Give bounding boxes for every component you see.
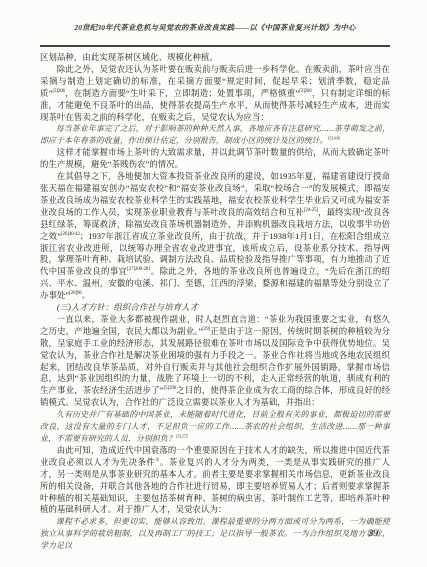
page-number: 39 bbox=[369, 529, 379, 539]
paragraph: 由此可知，造成近代中国衰落的一个重要原因在于技术人才的缺失，所以推进中国近代茶业… bbox=[40, 445, 390, 516]
block-quote: 久有历史并广有基础的中国茶业，未能随着时代进化，目前全般有关的事业，都极迫切的需… bbox=[40, 409, 390, 445]
running-head: 20世纪30年代茶业危机与吴觉农的茶业改良实践——以《中国茶业复兴计划》为中心 bbox=[40, 23, 390, 32]
citation-superscript: [2]206 bbox=[53, 89, 66, 94]
text-run: (三)人才方针：组织合作社与培育人才 bbox=[57, 303, 198, 312]
document-page: 20世纪30年代茶业危机与吴觉农的茶业改良实践——以《中国茶业复兴计划》为中心 … bbox=[0, 0, 427, 567]
text-run: 课程不必求多，但要切实，能够从容致用，课程最重要的分两方面或可分为两系，一为确能… bbox=[40, 517, 390, 550]
text-run: ，在制造方面要“生叶采下，立即制造；处置事项，严格慎重” bbox=[65, 89, 299, 98]
citation-superscript: [5]296 bbox=[164, 387, 177, 392]
citation-superscript: [26]40-42 bbox=[61, 232, 80, 237]
block-quote: 课程不必求多，但要切实，能够从容致用，课程最重要的分两方面或可分为两系，一为确能… bbox=[40, 516, 390, 552]
citation-superscript: [2]206 bbox=[299, 89, 312, 94]
citation-superscript: [24-25] bbox=[304, 208, 318, 213]
text-run: 区划品种，由此实现茶树区域化、规模化种植。 bbox=[40, 53, 218, 62]
citation-superscript: [5]306 bbox=[328, 136, 340, 141]
paragraph: 区划品种，由此实现茶树区域化、规模化种植。 bbox=[40, 52, 390, 64]
citation-superscript: [28]96 bbox=[69, 291, 82, 296]
paragraph: 一直以来，茶业大多都被视作副业，时人赵烈直言道：“茶业为我国重要之实业，有悠久之… bbox=[40, 314, 390, 409]
text-run: 久有历史并广有基础的中国茶业，未能随着时代进化，目前全般有关的事业，都极迫切的需… bbox=[40, 410, 390, 443]
text-run: 。 bbox=[82, 291, 90, 300]
citation-superscript: [5]275 bbox=[176, 433, 188, 438]
citation-superscript: [27]200-201 bbox=[127, 268, 150, 273]
citation-superscript: [29] bbox=[202, 327, 210, 332]
body-text: 区划品种，由此实现茶树区域化、规模化种植。除此之外，吴觉农还认为茶叶要在贩卖前与… bbox=[40, 52, 390, 552]
paragraph: 这样才能掌握市场上茶叶的大致需求量，并以此调节茶叶数量的供给，从而大致确定茶叶的… bbox=[40, 147, 390, 171]
text-run: 这样才能掌握市场上茶叶的大致需求量，并以此调节茶叶数量的供给，从而大致确定茶叶的… bbox=[40, 148, 390, 169]
section-heading: (三)人才方针：组织合作社与培育人才 bbox=[40, 302, 390, 314]
paragraph: 在其倡导之下，各地便加大资本投资茶业改良所的建设，如1935年夏，福建省建设厅授… bbox=[40, 171, 390, 302]
header-rule bbox=[40, 45, 390, 47]
paragraph: 除此之外，吴觉农还认为茶叶要在贩卖前与贩卖后进一步科学化。在贩卖前，茶叶应当在采… bbox=[40, 64, 390, 124]
block-quote: 每当茶业年事完了之后，对于影响茶的种种天然人事，各地应各有注意研究……茶芽萌发之… bbox=[40, 123, 390, 147]
